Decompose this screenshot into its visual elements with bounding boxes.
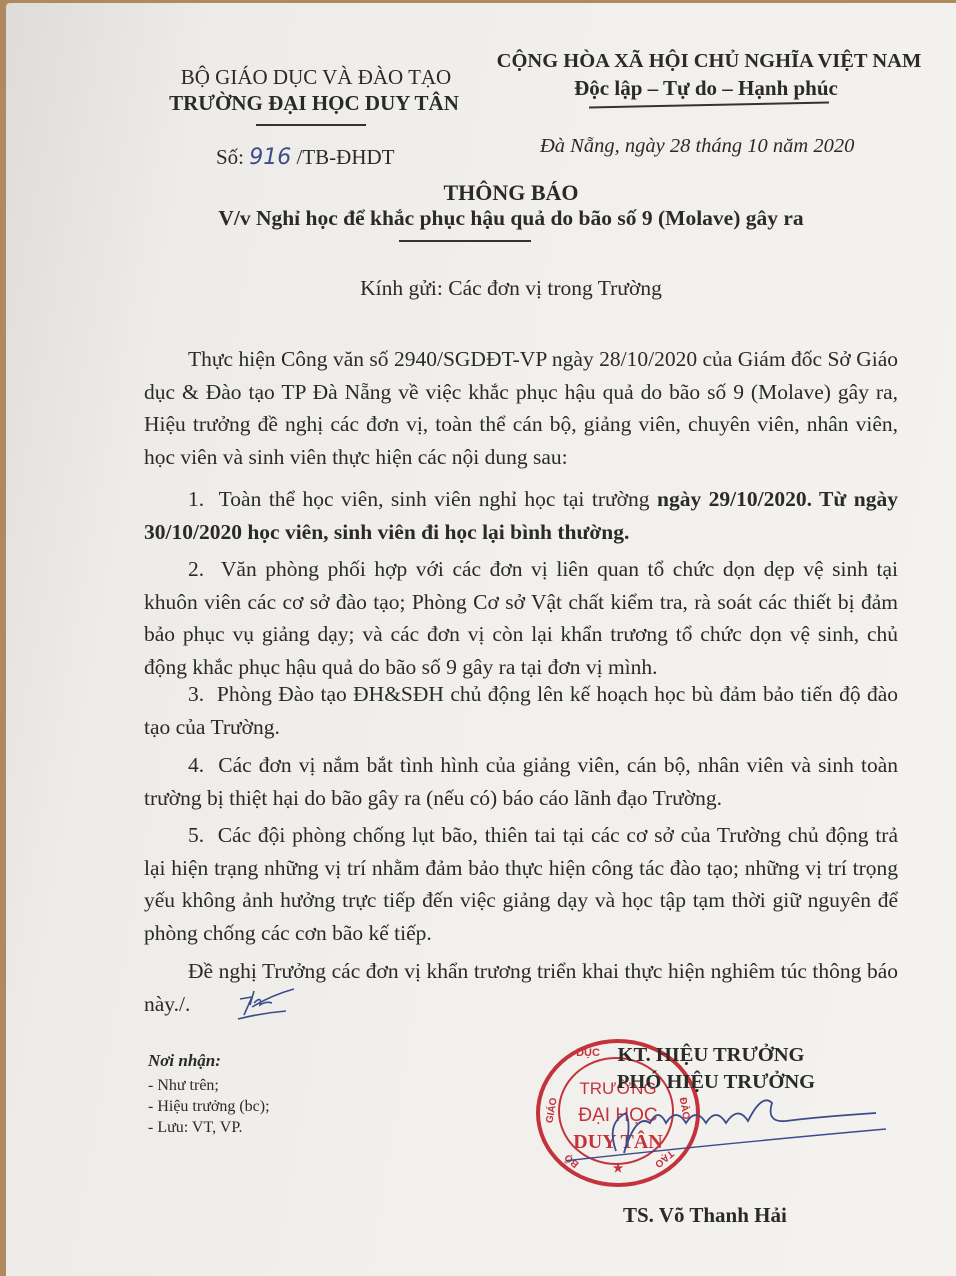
number-label: Số: xyxy=(216,145,244,169)
item-text: Văn phòng phối hợp với các đơn vị liên q… xyxy=(144,557,898,679)
initials-mark xyxy=(232,985,302,1025)
item-number: 2. xyxy=(188,557,204,581)
item-4: 4. Các đơn vị nắm bắt tình hình của giản… xyxy=(144,749,898,814)
recipient-item: - Như trên; xyxy=(148,1075,270,1096)
document-number: Số: 916 /TB-ĐHDT xyxy=(216,145,395,170)
recipients-label: Nơi nhận: xyxy=(148,1051,221,1071)
subject-underline xyxy=(399,240,531,242)
item-text: Phòng Đào tạo ĐH&SĐH chủ động lên kế hoạ… xyxy=(144,682,898,739)
recipient-item: - Lưu: VT, VP. xyxy=(148,1117,270,1138)
item-number: 3. xyxy=(188,682,204,706)
university-name: TRƯỜNG ĐẠI HỌC DUY TÂN xyxy=(154,91,474,116)
item-text: Các đội phòng chống lụt bão, thiên tai t… xyxy=(144,823,898,945)
handwritten-number: 916 xyxy=(249,145,291,170)
intro-text: Thực hiện Công văn số 2940/SGDĐT-VP ngày… xyxy=(144,347,898,469)
place-date: Đà Nẵng, ngày 28 tháng 10 năm 2020 xyxy=(540,135,854,158)
header-left-underline xyxy=(256,124,366,126)
intro-paragraph: Thực hiện Công văn số 2940/SGDĐT-VP ngày… xyxy=(144,343,898,473)
signature-title-2: PHÓ HIỆU TRƯỞNG xyxy=(581,1071,851,1094)
signature-title-1: KT. HIỆU TRƯỞNG xyxy=(576,1044,846,1067)
recipient-item: - Hiệu trưởng (bc); xyxy=(148,1096,270,1117)
item-text: Các đơn vị nắm bắt tình hình của giảng v… xyxy=(144,753,898,810)
motto-underline xyxy=(589,101,829,108)
item-number: 4. xyxy=(188,753,204,777)
signer-name: TS. Võ Thanh Hải xyxy=(623,1203,787,1228)
item-text: Toàn thể học viên, sinh viên nghỉ học tạ… xyxy=(219,487,657,511)
handwritten-signature xyxy=(566,1093,896,1173)
item-3: 3. Phòng Đào tạo ĐH&SĐH chủ động lên kế … xyxy=(144,678,898,743)
addressee: Kính gửi: Các đơn vị trong Trường xyxy=(186,276,836,301)
item-2: 2. Văn phòng phối hợp với các đơn vị liê… xyxy=(144,553,898,683)
item-1: 1. Toàn thể học viên, sinh viên nghỉ học… xyxy=(144,483,898,548)
item-number: 5. xyxy=(188,823,204,847)
motto: Độc lập – Tự do – Hạnh phúc xyxy=(546,76,866,101)
document-subject: V/v Nghỉ học để khắc phục hậu quả do bão… xyxy=(186,206,836,231)
item-5: 5. Các đội phòng chống lụt bão, thiên ta… xyxy=(144,819,898,949)
republic-name: CỘNG HÒA XÃ HỘI CHỦ NGHĨA VIỆT NAM xyxy=(494,50,924,73)
ministry-name: BỘ GIÁO DỤC VÀ ĐÀO TẠO xyxy=(156,65,476,90)
recipients-list: - Như trên; - Hiệu trưởng (bc); - Lưu: V… xyxy=(148,1075,270,1138)
document-page: BỘ GIÁO DỤC VÀ ĐÀO TẠO TRƯỜNG ĐẠI HỌC DU… xyxy=(6,3,956,1276)
item-number: 1. xyxy=(188,487,204,511)
document-title: THÔNG BÁO xyxy=(186,180,836,206)
number-suffix: /TB-ĐHDT xyxy=(297,145,395,169)
